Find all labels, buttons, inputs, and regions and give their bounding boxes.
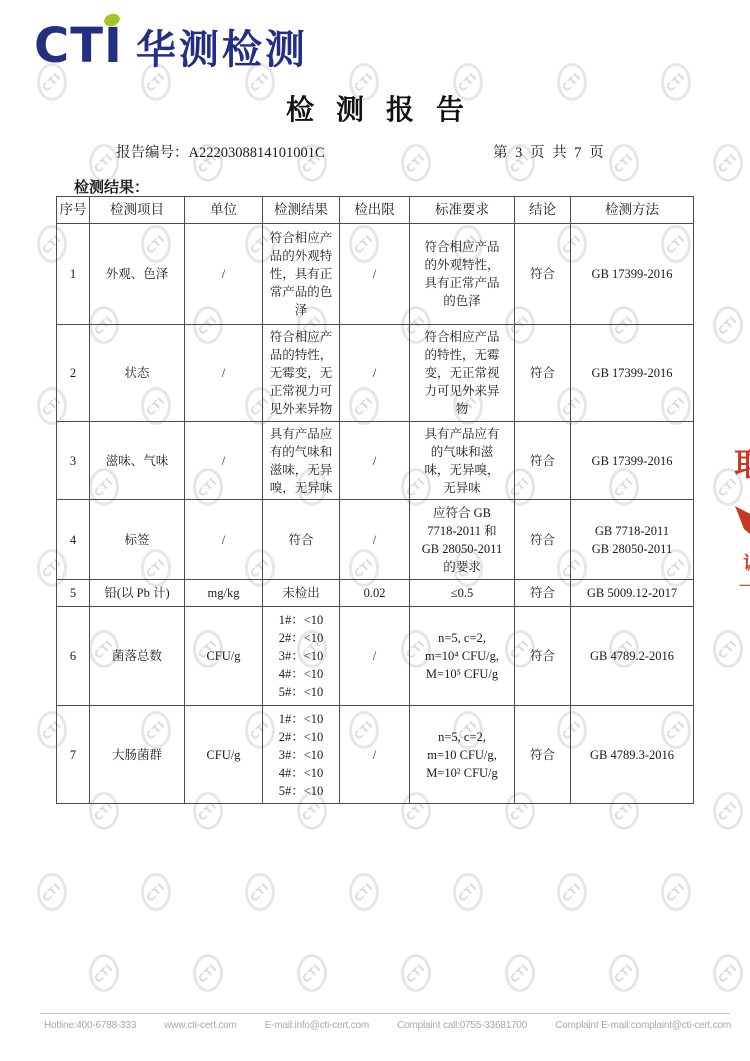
cell-item: 外观、色泽 bbox=[90, 224, 185, 325]
cell-line: 未检出 bbox=[266, 584, 336, 602]
red-stamp-fragment: 训 bbox=[743, 554, 750, 572]
cell-line: GB 28050-2011 bbox=[574, 540, 690, 558]
cell-result: 具有产品应有的气味和滋味，无异嗅，无异味 bbox=[263, 422, 340, 500]
footer: Hotline:400-6788-333 www.cti-cert.com E-… bbox=[44, 1020, 731, 1031]
cell-line: 3#：<10 bbox=[266, 647, 336, 665]
cell-no: 3 bbox=[57, 422, 90, 500]
cell-line: GB 4789.2-2016 bbox=[574, 647, 690, 665]
cell-unit: CFU/g bbox=[185, 706, 263, 804]
col-header-result: 检测结果 bbox=[263, 197, 340, 224]
cell-unit: / bbox=[185, 325, 263, 422]
red-stamp-fragment: 取 bbox=[734, 448, 750, 480]
footer-complaint-call: Complaint call:0755-33681700 bbox=[397, 1020, 527, 1031]
cell-line: 泽 bbox=[266, 301, 336, 319]
cell-line: 力可见外来异 bbox=[413, 382, 511, 400]
cell-line: 4#：<10 bbox=[266, 665, 336, 683]
footer-complaint-email: Complaint E-mail:complaint@cti-cert.com bbox=[555, 1020, 731, 1031]
cell-requirement: 符合相应产品的外观特性，具有正常产品的色泽 bbox=[410, 224, 515, 325]
cell-line: 无异味 bbox=[413, 479, 511, 497]
cell-line: 1#：<10 bbox=[266, 710, 336, 728]
table-row: 3滋味、气味/具有产品应有的气味和滋味，无异嗅，无异味/具有产品应有的气味和滋味… bbox=[57, 422, 694, 500]
cell-requirement: 应符合 GB7718-2011 和GB 28050-2011的要求 bbox=[410, 500, 515, 580]
cell-line: 的外观特性， bbox=[413, 256, 511, 274]
cell-line: 4#：<10 bbox=[266, 764, 336, 782]
red-stamp-fragment: 一 bbox=[739, 580, 750, 596]
cell-method: GB 4789.2-2016 bbox=[571, 607, 694, 706]
cell-limit: / bbox=[340, 706, 410, 804]
cell-requirement: n=5, c=2,m=10 CFU/g,M=10² CFU/g bbox=[410, 706, 515, 804]
cell-result: 符合相应产品的特性，无霉变，无正常视力可见外来异物 bbox=[263, 325, 340, 422]
cell-line: 的要求 bbox=[413, 558, 511, 576]
cell-line: n=5, c=2, bbox=[413, 629, 511, 647]
cell-no: 2 bbox=[57, 325, 90, 422]
cell-line: 7718-2011 和 bbox=[413, 522, 511, 540]
cell-line: 2#：<10 bbox=[266, 629, 336, 647]
cell-line: 物 bbox=[413, 400, 511, 418]
cell-limit: / bbox=[340, 500, 410, 580]
cell-conclusion: 符合 bbox=[515, 706, 571, 804]
cell-line: m=10⁴ CFU/g, bbox=[413, 647, 511, 665]
cell-line: 无霉变，无 bbox=[266, 364, 336, 382]
footer-divider bbox=[40, 1013, 730, 1014]
cell-method: GB 17399-2016 bbox=[571, 224, 694, 325]
cell-limit: / bbox=[340, 224, 410, 325]
cell-limit: / bbox=[340, 422, 410, 500]
cell-line: 的特性，无霉 bbox=[413, 346, 511, 364]
cell-result: 符合 bbox=[263, 500, 340, 580]
cell-line: 有的气味和 bbox=[266, 443, 336, 461]
cell-item: 标签 bbox=[90, 500, 185, 580]
cell-unit: / bbox=[185, 500, 263, 580]
cell-no: 7 bbox=[57, 706, 90, 804]
cell-result: 1#：<102#：<103#：<104#：<105#：<10 bbox=[263, 607, 340, 706]
cell-unit: / bbox=[185, 422, 263, 500]
cell-line: 3#：<10 bbox=[266, 746, 336, 764]
cell-method: GB 17399-2016 bbox=[571, 325, 694, 422]
table-row: 4标签/符合/应符合 GB7718-2011 和GB 28050-2011的要求… bbox=[57, 500, 694, 580]
report-number-value: A2220308814101001C bbox=[189, 145, 325, 161]
cell-line: 符合相应产品 bbox=[413, 328, 511, 346]
table-row: 1外观、色泽/符合相应产品的外观特性，具有正常产品的色泽/符合相应产品的外观特性… bbox=[57, 224, 694, 325]
table-row: 7大肠菌群CFU/g1#：<102#：<103#：<104#：<105#：<10… bbox=[57, 706, 694, 804]
cell-line: 符合 bbox=[266, 531, 336, 549]
cell-method: GB 4789.3-2016 bbox=[571, 706, 694, 804]
col-header-conclusion: 结论 bbox=[515, 197, 571, 224]
cell-line: n=5, c=2, bbox=[413, 728, 511, 746]
cell-conclusion: 符合 bbox=[515, 325, 571, 422]
table-row: 6菌落总数CFU/g1#：<102#：<103#：<104#：<105#：<10… bbox=[57, 607, 694, 706]
cell-result: 符合相应产品的外观特性，具有正常产品的色泽 bbox=[263, 224, 340, 325]
cell-line: GB 5009.12-2017 bbox=[574, 584, 690, 602]
col-header-limit: 检出限 bbox=[340, 197, 410, 224]
cell-line: 嗅，无异味 bbox=[266, 479, 336, 497]
cell-no: 4 bbox=[57, 500, 90, 580]
cell-no: 1 bbox=[57, 224, 90, 325]
cell-line: 符合相应产品 bbox=[413, 238, 511, 256]
cell-limit: / bbox=[340, 607, 410, 706]
cti-logo-chinese: 华测检测 bbox=[136, 30, 308, 70]
cell-line: ≤0.5 bbox=[413, 584, 511, 602]
report-page: CTI 华测检测 检测报告 报告编号：A2220308814101001C 第 … bbox=[0, 0, 750, 1061]
header-row: 序号检测项目单位检测结果检出限标准要求结论检测方法 bbox=[57, 197, 694, 224]
footer-hotline: Hotline:400-6788-333 bbox=[44, 1020, 136, 1031]
cell-line: GB 17399-2016 bbox=[574, 452, 690, 470]
cell-line: m=10 CFU/g, bbox=[413, 746, 511, 764]
cell-limit: / bbox=[340, 325, 410, 422]
cell-item: 大肠菌群 bbox=[90, 706, 185, 804]
cell-item: 菌落总数 bbox=[90, 607, 185, 706]
table-row: 5铅(以 Pb 计)mg/kg未检出0.02≤0.5符合GB 5009.12-2… bbox=[57, 580, 694, 607]
cell-line: 2#：<10 bbox=[266, 728, 336, 746]
table-row: 2状态/符合相应产品的特性，无霉变，无正常视力可见外来异物/符合相应产品的特性，… bbox=[57, 325, 694, 422]
cell-no: 6 bbox=[57, 607, 90, 706]
cell-line: GB 17399-2016 bbox=[574, 364, 690, 382]
cell-line: 符合相应产 bbox=[266, 229, 336, 247]
cell-line: GB 4789.3-2016 bbox=[574, 746, 690, 764]
cell-conclusion: 符合 bbox=[515, 224, 571, 325]
cell-line: 的色泽 bbox=[413, 292, 511, 310]
col-header-item: 检测项目 bbox=[90, 197, 185, 224]
cell-line: 符合相应产 bbox=[266, 328, 336, 346]
cell-unit: mg/kg bbox=[185, 580, 263, 607]
cell-line: 正常视力可 bbox=[266, 382, 336, 400]
footer-website: www.cti-cert.com bbox=[164, 1020, 236, 1031]
cell-method: GB 17399-2016 bbox=[571, 422, 694, 500]
cell-line: 品的特性， bbox=[266, 346, 336, 364]
section-label: 检测结果： bbox=[74, 176, 149, 197]
cell-line: 变，无正常视 bbox=[413, 364, 511, 382]
table-head: 序号检测项目单位检测结果检出限标准要求结论检测方法 bbox=[57, 197, 694, 224]
cell-line: GB 28050-2011 bbox=[413, 540, 511, 558]
cell-method: GB 5009.12-2017 bbox=[571, 580, 694, 607]
cti-logo-text: CTI bbox=[34, 22, 123, 70]
cell-line: 的气味和滋 bbox=[413, 443, 511, 461]
cell-line: 性，具有正 bbox=[266, 265, 336, 283]
cell-line: 具有产品应有 bbox=[413, 425, 511, 443]
cell-unit: CFU/g bbox=[185, 607, 263, 706]
cell-conclusion: 符合 bbox=[515, 500, 571, 580]
cell-item: 滋味、气味 bbox=[90, 422, 185, 500]
cell-line: 见外来异物 bbox=[266, 400, 336, 418]
cell-result: 1#：<102#：<103#：<104#：<105#：<10 bbox=[263, 706, 340, 804]
cell-limit: 0.02 bbox=[340, 580, 410, 607]
cell-line: 具有正常产品 bbox=[413, 274, 511, 292]
page-indicator: 第 3 页 共 7 页 bbox=[493, 141, 606, 162]
cell-method: GB 7718-2011GB 28050-2011 bbox=[571, 500, 694, 580]
cell-line: 具有产品应 bbox=[266, 425, 336, 443]
cell-line: 1#：<10 bbox=[266, 611, 336, 629]
table-body: 1外观、色泽/符合相应产品的外观特性，具有正常产品的色泽/符合相应产品的外观特性… bbox=[57, 224, 694, 804]
cell-line: M=10⁵ CFU/g bbox=[413, 665, 511, 683]
report-number-label: 报告编号： bbox=[116, 145, 189, 161]
cell-no: 5 bbox=[57, 580, 90, 607]
col-header-no: 序号 bbox=[57, 197, 90, 224]
cell-item: 状态 bbox=[90, 325, 185, 422]
results-table: 序号检测项目单位检测结果检出限标准要求结论检测方法 1外观、色泽/符合相应产品的… bbox=[56, 196, 694, 804]
cell-item: 铅(以 Pb 计) bbox=[90, 580, 185, 607]
cell-line: 常产品的色 bbox=[266, 283, 336, 301]
cell-line: M=10² CFU/g bbox=[413, 764, 511, 782]
cell-line: 滋味，无异 bbox=[266, 461, 336, 479]
cell-line: GB 17399-2016 bbox=[574, 265, 690, 283]
cell-result: 未检出 bbox=[263, 580, 340, 607]
cell-unit: / bbox=[185, 224, 263, 325]
cell-requirement: 具有产品应有的气味和滋味，无异嗅，无异味 bbox=[410, 422, 515, 500]
cell-conclusion: 符合 bbox=[515, 422, 571, 500]
page-title: 检测报告 bbox=[0, 88, 750, 128]
cell-line: 应符合 GB bbox=[413, 504, 511, 522]
cell-line: 味，无异嗅， bbox=[413, 461, 511, 479]
cell-line: 品的外观特 bbox=[266, 247, 336, 265]
cell-requirement: n=5, c=2,m=10⁴ CFU/g,M=10⁵ CFU/g bbox=[410, 607, 515, 706]
footer-email: E-mail:info@cti-cert.com bbox=[265, 1020, 369, 1031]
cell-conclusion: 符合 bbox=[515, 607, 571, 706]
cell-requirement: 符合相应产品的特性，无霉变，无正常视力可见外来异物 bbox=[410, 325, 515, 422]
cell-line: 5#：<10 bbox=[266, 683, 336, 701]
col-header-requirement: 标准要求 bbox=[410, 197, 515, 224]
cell-conclusion: 符合 bbox=[515, 580, 571, 607]
report-number: 报告编号：A2220308814101001C bbox=[116, 141, 325, 162]
red-stamp-wedge-icon bbox=[735, 506, 750, 534]
col-header-unit: 单位 bbox=[185, 197, 263, 224]
cell-line: 5#：<10 bbox=[266, 782, 336, 800]
cell-requirement: ≤0.5 bbox=[410, 580, 515, 607]
col-header-method: 检测方法 bbox=[571, 197, 694, 224]
report-meta-line: 报告编号：A2220308814101001C 第 3 页 共 7 页 bbox=[0, 141, 750, 161]
cell-line: GB 7718-2011 bbox=[574, 522, 690, 540]
cti-logo: CTI 华测检测 bbox=[34, 22, 308, 70]
